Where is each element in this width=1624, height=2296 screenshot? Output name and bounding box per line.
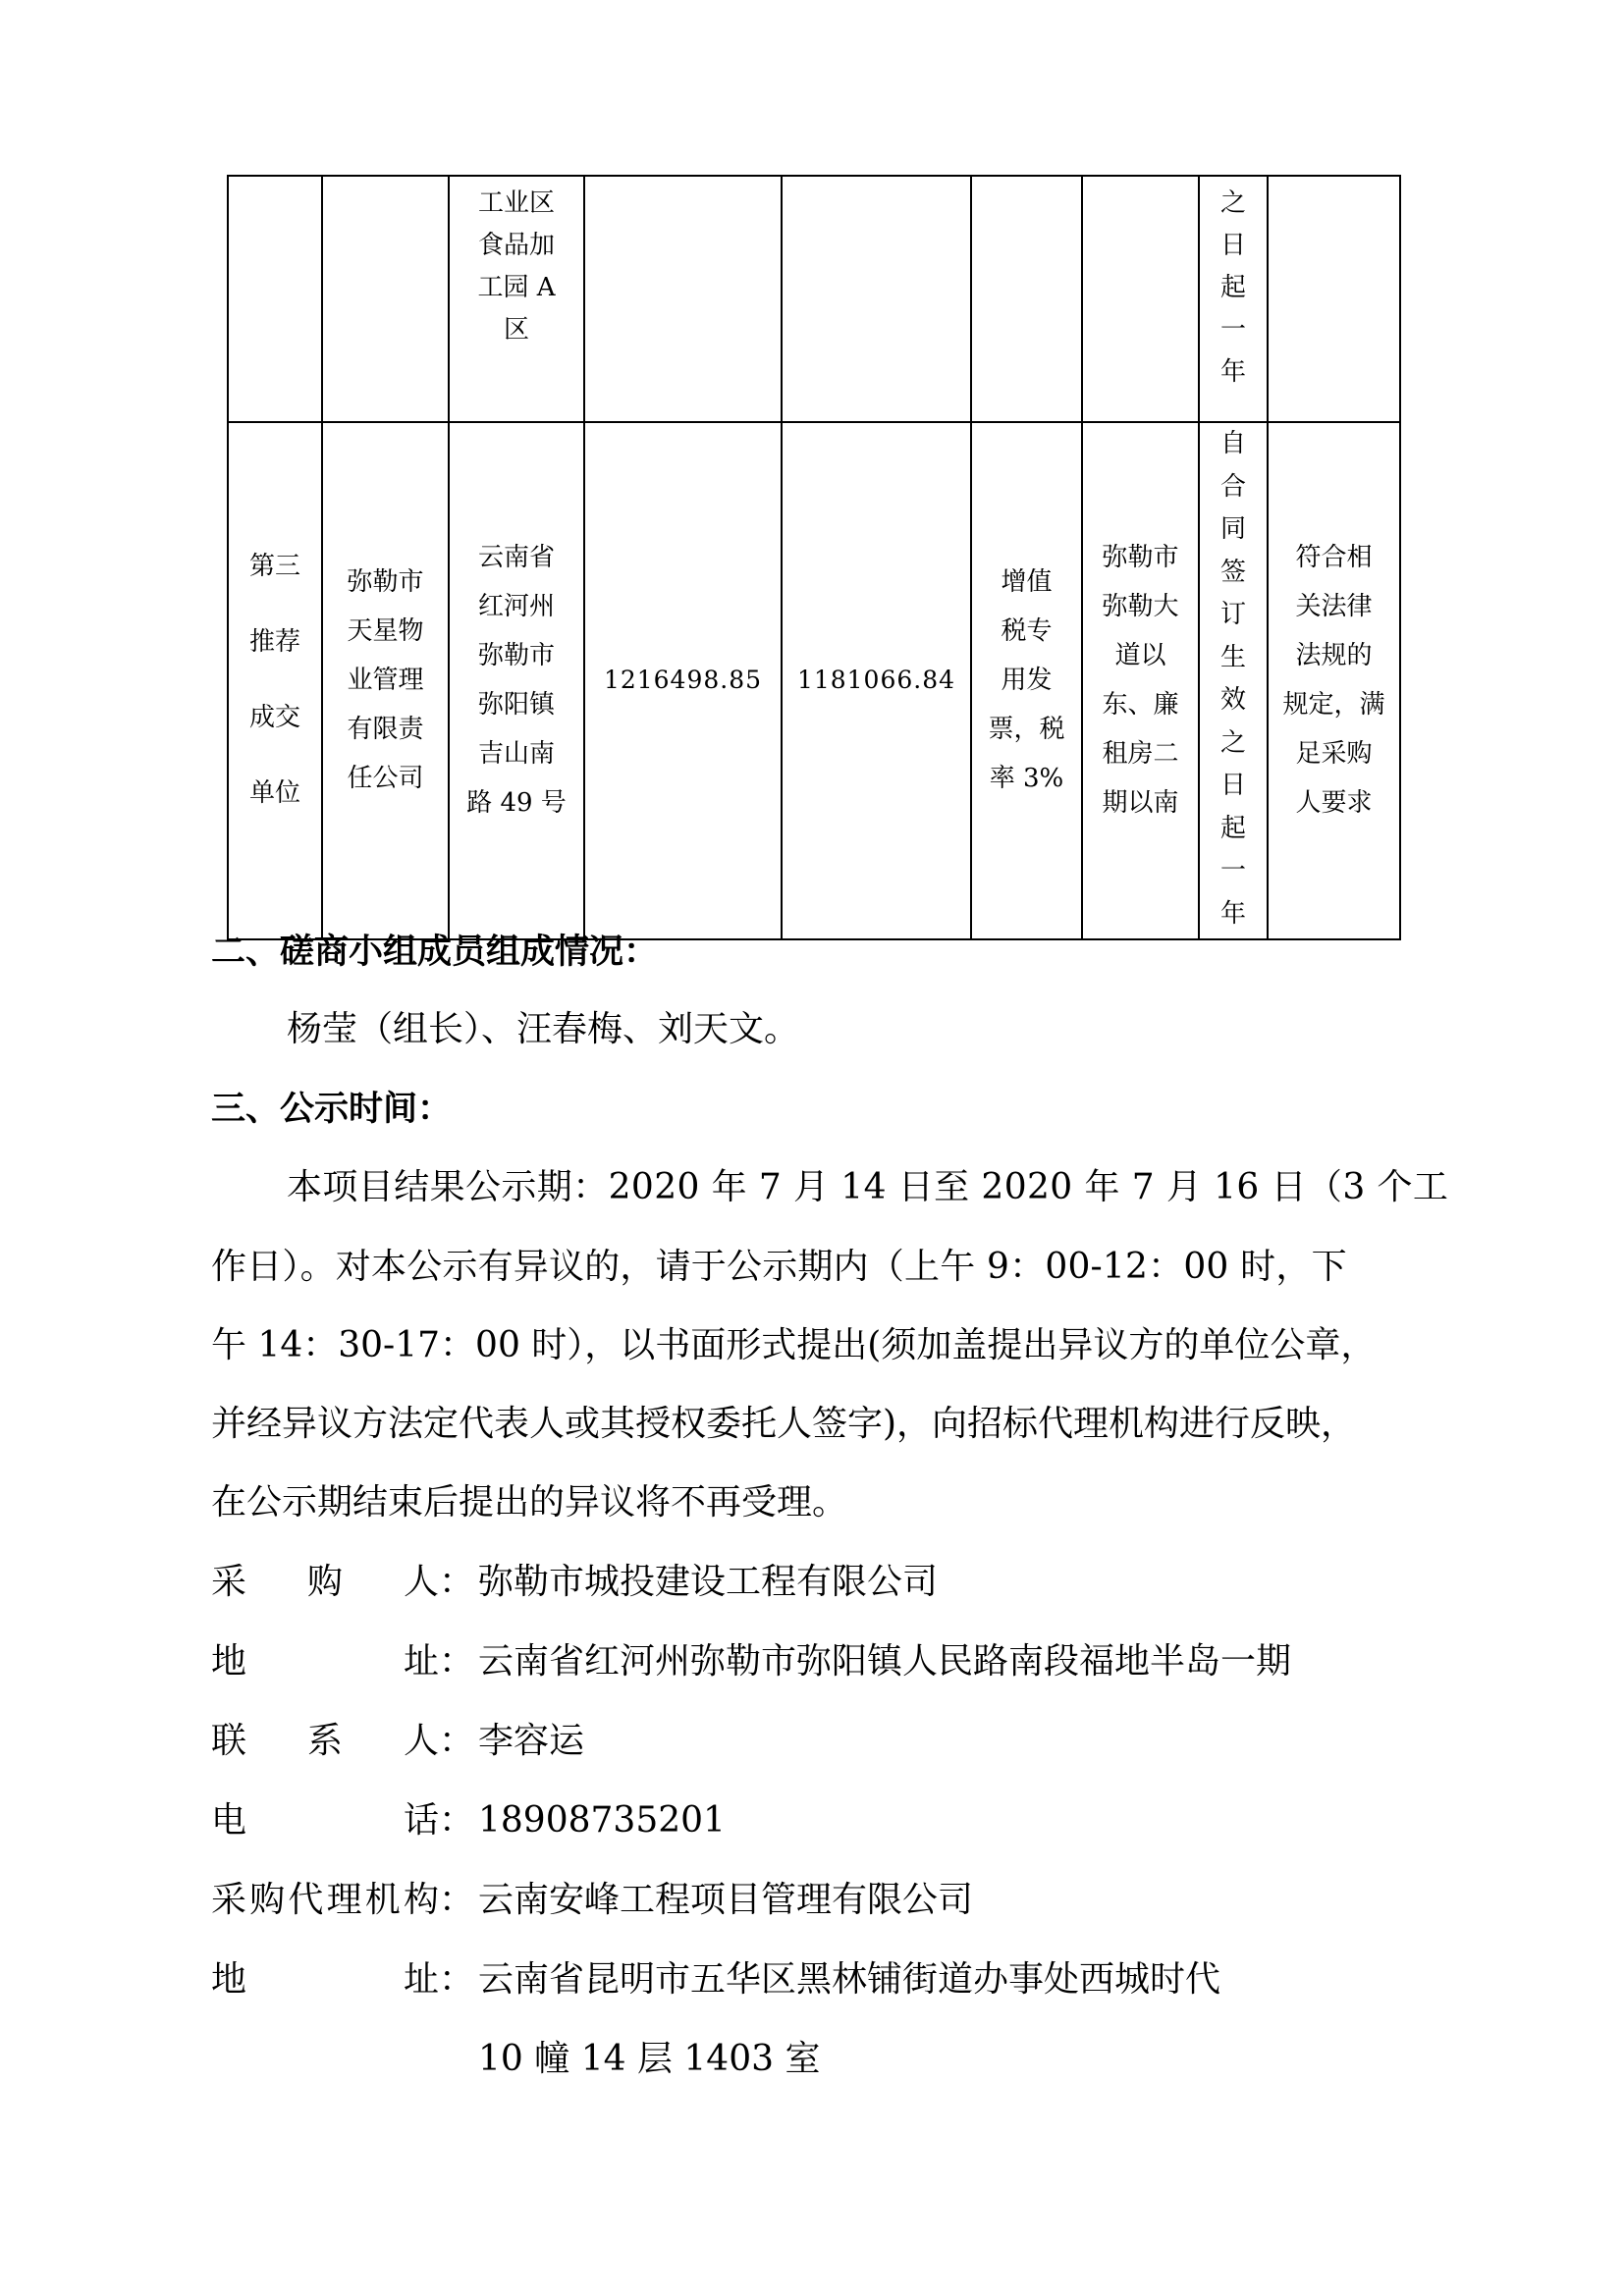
purchaser-value: 弥勒市城投建设工程有限公司 bbox=[478, 1561, 938, 1604]
phone-label: 电 话 bbox=[211, 1799, 439, 1842]
document-page: 工业区 食品加 工园 A 区 之 日 起 一 年 第三 推荐 成交 单位 弥勒市… bbox=[0, 0, 1624, 2296]
cell-final-amount bbox=[782, 176, 971, 422]
agency-label: 采 购 代 理 机 构 bbox=[211, 1879, 439, 1922]
contact-person-label: 联 系 人 bbox=[211, 1720, 439, 1763]
cell-service-period: 自 合 同 签 订 生 效 之 日 起 一 年 bbox=[1199, 422, 1268, 939]
publicity-line-5: 在公示期结束后提出的异议将不再受理。 bbox=[211, 1481, 847, 1524]
cell-supplier-name bbox=[322, 176, 449, 422]
cell-invoice bbox=[971, 176, 1082, 422]
publicity-line-4: 并经异议方法定代表人或其授权委托人签字)，向招标代理机构进行反映， bbox=[211, 1403, 1356, 1446]
cell-remarks: 符合相 关法律 法规的 规定，满 足采购 人要求 bbox=[1268, 422, 1400, 939]
cell-supplier-address: 工业区 食品加 工园 A 区 bbox=[449, 176, 584, 422]
contact-person-value: 李容运 bbox=[478, 1720, 584, 1763]
cell-rank bbox=[228, 176, 322, 422]
purchaser-address-value: 云南省红河州弥勒市弥阳镇人民路南段福地半岛一期 bbox=[478, 1640, 1291, 1683]
cell-final-amount: 1181066.84 bbox=[782, 422, 971, 939]
committee-members: 杨莹（组长）、汪春梅、刘天文。 bbox=[287, 1008, 799, 1051]
table-row-third-candidate: 第三 推荐 成交 单位 弥勒市 天星物 业管理 有限责 任公司 云南省 红河州 … bbox=[228, 422, 1400, 939]
agency-address-value-line2: 10 幢 14 层 1403 室 bbox=[478, 2038, 820, 2081]
cell-supplier-address: 云南省 红河州 弥勒市 弥阳镇 吉山南 路 49 号 bbox=[449, 422, 584, 939]
cell-service-period: 之 日 起 一 年 bbox=[1199, 176, 1268, 422]
purchaser-address-label: 地 址 bbox=[211, 1640, 439, 1683]
cell-quote-amount bbox=[584, 176, 782, 422]
results-table: 工业区 食品加 工园 A 区 之 日 起 一 年 第三 推荐 成交 单位 弥勒市… bbox=[227, 175, 1401, 940]
agency-address-value: 云南省昆明市五华区黑林铺街道办事处西城时代 bbox=[478, 1958, 1220, 2002]
agency-address-label: 地 址 bbox=[211, 1958, 439, 2002]
cell-invoice: 增值 税专 用发 票，税 率 3% bbox=[971, 422, 1082, 939]
cell-service-location bbox=[1082, 176, 1199, 422]
agency-value: 云南安峰工程项目管理有限公司 bbox=[478, 1879, 973, 1922]
cell-remarks bbox=[1268, 176, 1400, 422]
cell-service-location: 弥勒市 弥勒大 道以 东、廉 租房二 期以南 bbox=[1082, 422, 1199, 939]
cell-rank: 第三 推荐 成交 单位 bbox=[228, 422, 322, 939]
publicity-line-2: 作日）。对本公示有异议的，请于公示期内（上午 9：00-12：00 时，下 bbox=[211, 1246, 1347, 1289]
section3-heading: 三、公示时间： bbox=[211, 1088, 452, 1131]
purchaser-label: 采 购 人 bbox=[211, 1561, 439, 1604]
publicity-line-1: 本项目结果公示期：2020 年 7 月 14 日至 2020 年 7 月 16 … bbox=[287, 1166, 1448, 1209]
table-row-continued: 工业区 食品加 工园 A 区 之 日 起 一 年 bbox=[228, 176, 1400, 422]
publicity-line-3: 午 14：30-17：00 时），以书面形式提出(须加盖提出异议方的单位公章， bbox=[211, 1324, 1376, 1367]
cell-quote-amount: 1216498.85 bbox=[584, 422, 782, 939]
section2-heading: 二、磋商小组成员组成情况： bbox=[211, 931, 658, 974]
phone-value: 18908735201 bbox=[478, 1799, 726, 1842]
cell-supplier-name: 弥勒市 天星物 业管理 有限责 任公司 bbox=[322, 422, 449, 939]
